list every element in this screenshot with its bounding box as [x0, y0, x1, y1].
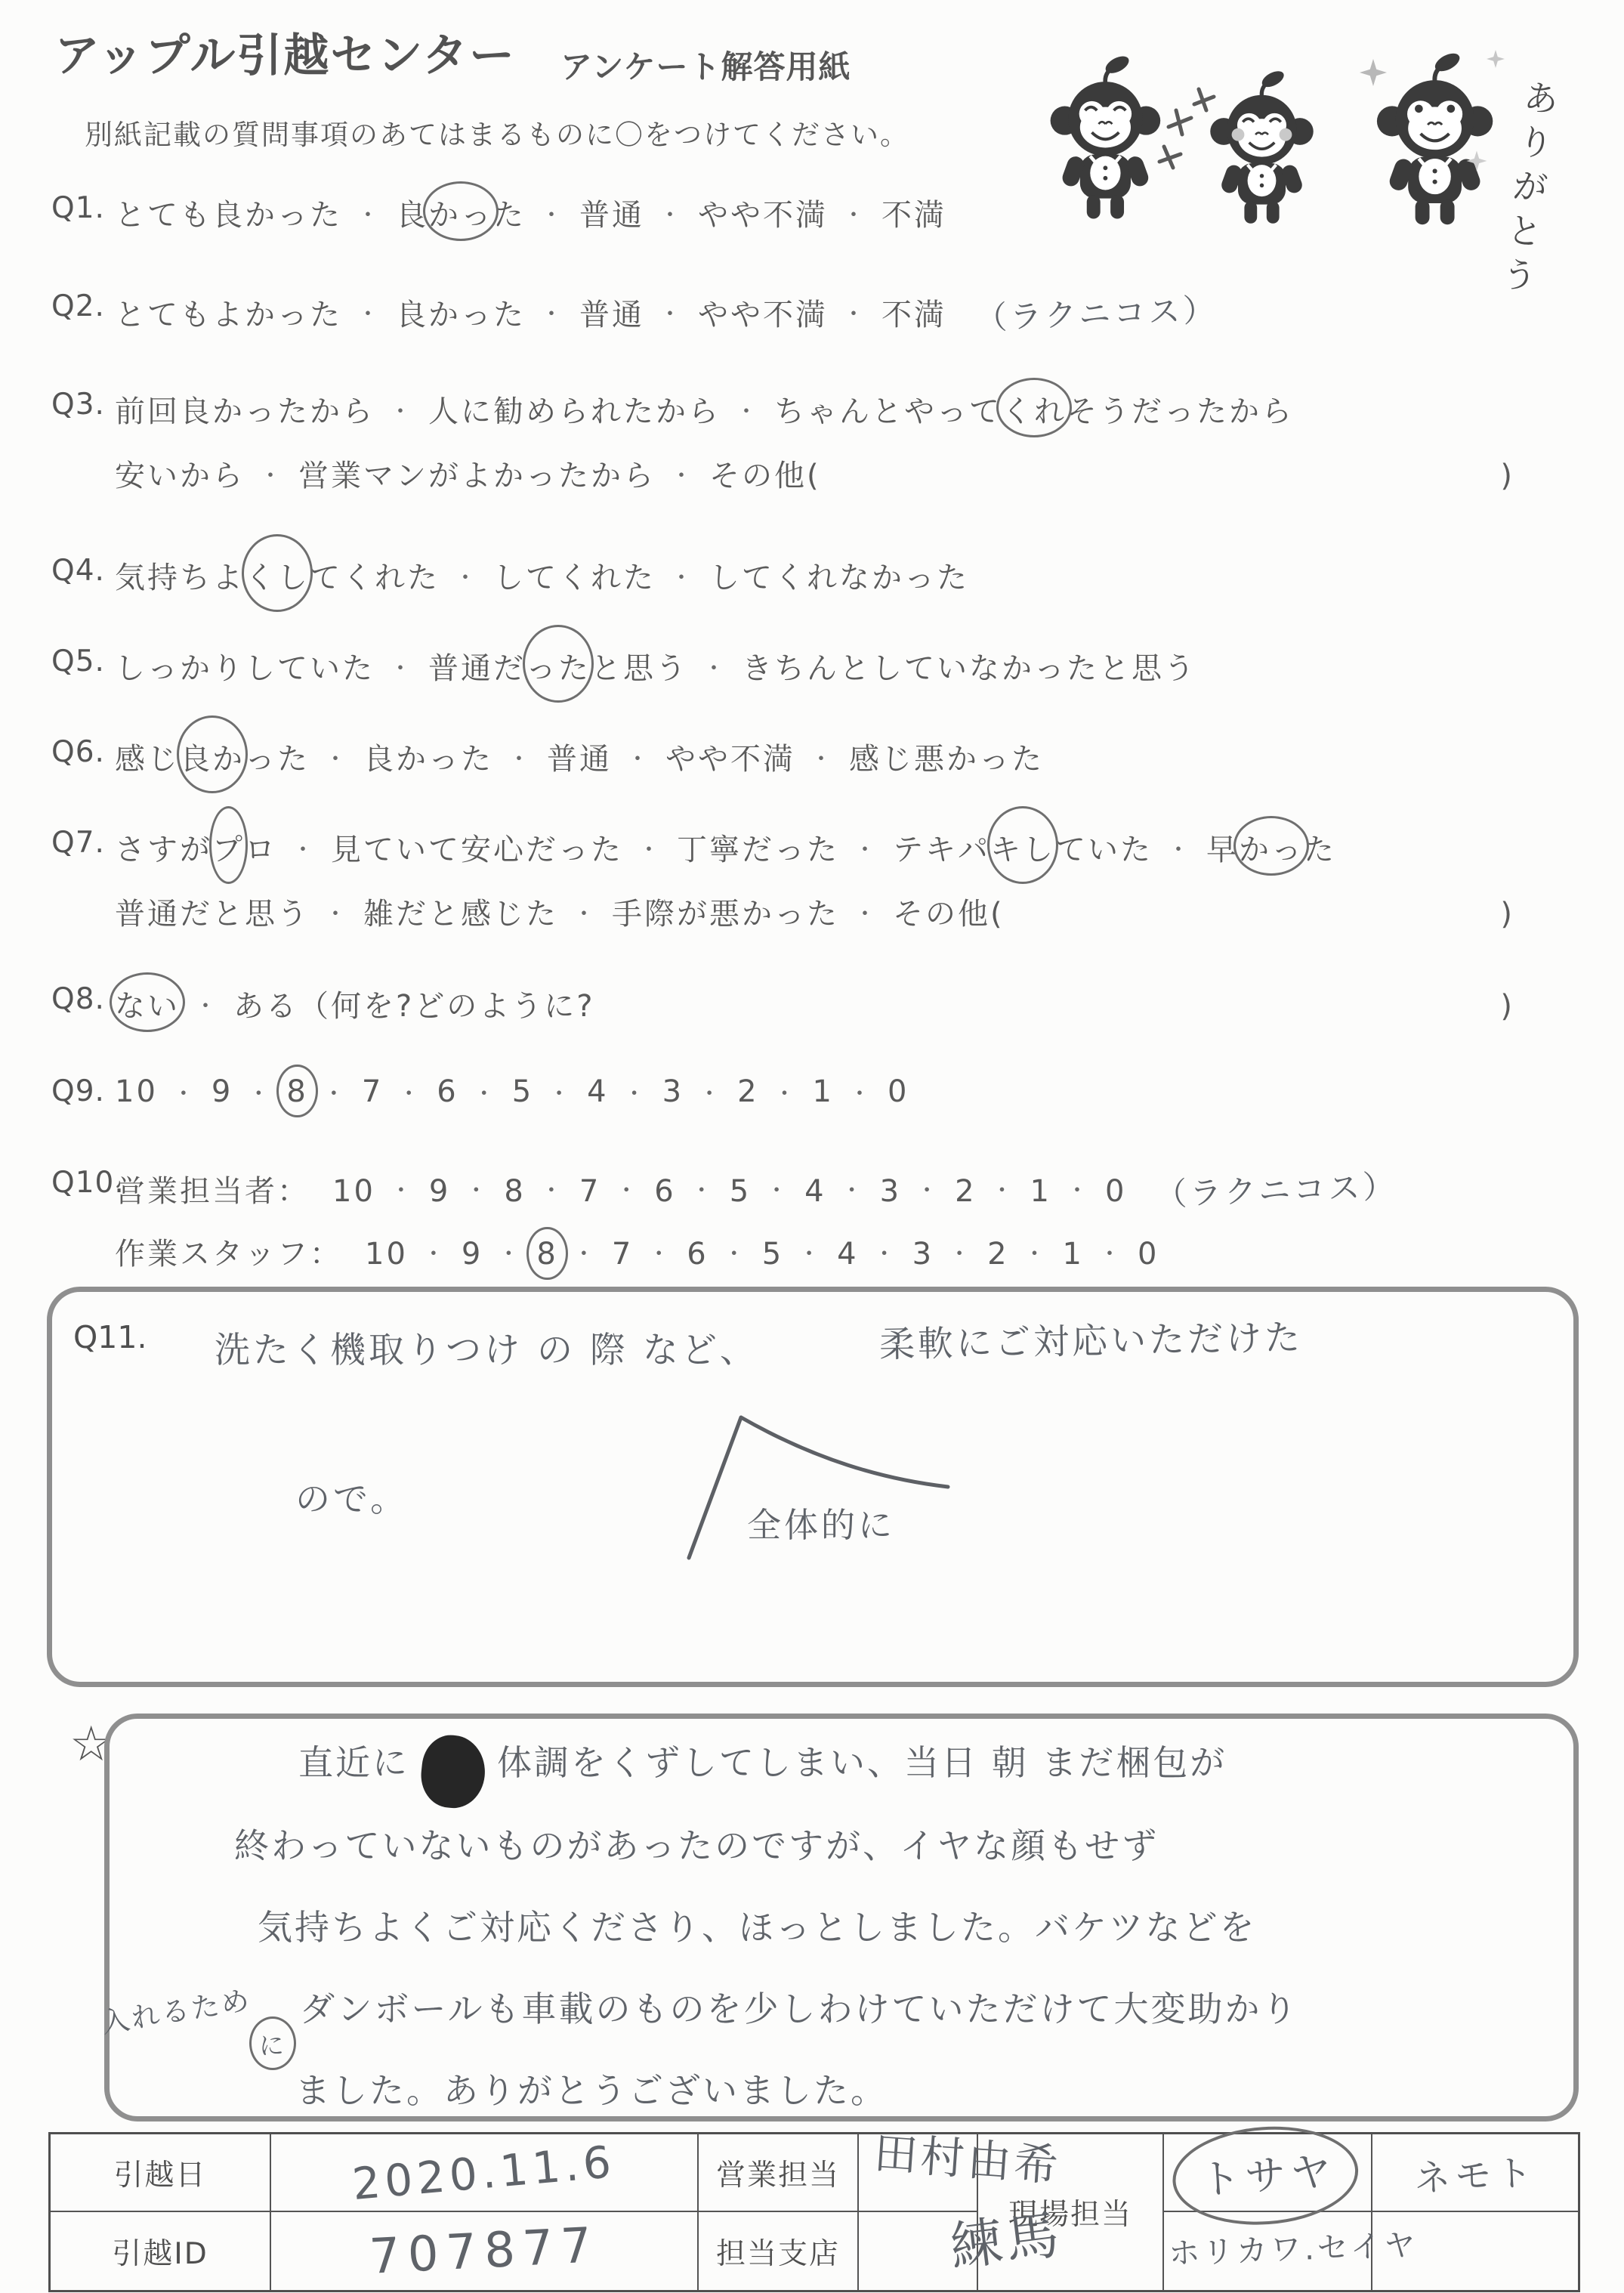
option-text: テキパ — [893, 826, 990, 869]
option-text: 0 — [888, 1074, 909, 1109]
field-staff-3-cell: ホリカワ.セイヤ — [1164, 2212, 1372, 2290]
handwritten-text: 直近に — [298, 1735, 409, 1785]
question-options: 感じ良かった・良かった・普通・やや不満・感じ悪かった — [115, 735, 1514, 778]
circled-answer: に — [259, 2026, 286, 2062]
separator-dot: ・ — [612, 740, 665, 774]
separator-dot: ・ — [751, 1172, 804, 1205]
separator-dot: ・ — [493, 740, 547, 774]
move-date-value-cell: 2020.11.6 — [271, 2134, 699, 2212]
separator-dot: ・ — [601, 1172, 654, 1205]
separator-dot: ・ — [609, 1075, 662, 1108]
circled-answer: 8 — [536, 1237, 557, 1272]
option-text: 前回良かったから — [115, 388, 375, 431]
separator-dot: ・ — [795, 740, 849, 774]
move-date-label-cell: 引越日 — [51, 2134, 271, 2212]
separator-dot: ・ — [828, 196, 881, 230]
sales-label: 営業担当 — [716, 2152, 840, 2194]
separator-dot: ・ — [1084, 1235, 1138, 1269]
option-text: 気持ちよ — [115, 554, 245, 597]
option-text: 4 — [804, 1174, 826, 1209]
option-text: てくれた — [310, 554, 440, 597]
option-text: 2 — [737, 1074, 758, 1109]
separator-dot: ・ — [633, 1235, 687, 1269]
question-number: Q10. — [51, 1166, 125, 1200]
question-options: ない・ある（何を?どのように?) — [115, 982, 1514, 1025]
separator-dot: ・ — [558, 895, 612, 929]
option-text: と思う — [591, 644, 688, 688]
option-text: 手際が悪かった — [612, 890, 839, 933]
option-text: ) — [1500, 459, 1514, 493]
circled-answer: キし — [990, 826, 1055, 869]
handwritten-line: ました。ありがとうございました。 — [295, 2063, 888, 2113]
separator-dot: ・ — [783, 1235, 837, 1269]
separator-dot: ・ — [450, 1172, 504, 1205]
separator-dot: ・ — [245, 457, 298, 490]
separator-dot: ・ — [375, 393, 428, 426]
option-text: 3 — [880, 1174, 901, 1209]
separator-dot: ・ — [180, 987, 233, 1021]
option-text: 7 — [579, 1174, 601, 1209]
move-id-label: 引越ID — [112, 2230, 208, 2273]
separator-dot: ・ — [644, 295, 698, 329]
question-options: とても良かった・良かった・普通・やや不満・不満 — [115, 191, 1514, 234]
sales-value-cell: 田村由希 — [859, 2134, 978, 2212]
option-text: 0 — [1138, 1237, 1159, 1272]
move-date-label: 引越日 — [113, 2152, 206, 2194]
option-text: ていた — [1055, 826, 1153, 869]
question-rating-scale: 作業スタッフ：10・9・8・7・6・5・4・3・2・1・0 — [115, 1230, 1514, 1273]
separator-dot: ・ — [526, 196, 579, 230]
option-text: その他( — [709, 452, 821, 495]
move-id-value: 707877 — [368, 2217, 601, 2285]
circled-answer: くれ — [1002, 388, 1067, 431]
separator-dot: ・ — [709, 1235, 762, 1269]
separator-dot: ・ — [277, 831, 331, 864]
separator-dot: ・ — [623, 831, 677, 864]
separator-dot: ・ — [383, 1075, 437, 1108]
option-text: 1 — [1063, 1237, 1084, 1272]
sparkle-icon — [1360, 59, 1387, 86]
separator-dot: ・ — [1051, 1172, 1105, 1205]
option-text: そうだったから — [1067, 388, 1294, 431]
option-text: 人に勧められたから — [428, 388, 721, 431]
option-text: とてもよかった — [115, 291, 342, 334]
separator-dot: ・ — [721, 393, 774, 426]
option-text: 5 — [512, 1074, 533, 1109]
circled-answer: かっ — [428, 191, 493, 234]
circled-answer: ない — [115, 982, 180, 1025]
separator-dot: ・ — [656, 559, 709, 592]
separator-dot: ・ — [440, 559, 493, 592]
separator-dot: ・ — [977, 1172, 1030, 1205]
option-text: 3 — [912, 1237, 934, 1272]
option-text: 10 — [365, 1237, 408, 1272]
separator-dot: ・ — [375, 650, 428, 683]
separator-dot: ・ — [526, 1172, 579, 1205]
question-options: 気持ちよくしてくれた・してくれた・してくれなかった — [115, 554, 1514, 597]
circled-answer: 良か — [180, 735, 245, 778]
option-text: 不満 — [881, 291, 946, 334]
handwritten-line: 直近に体調をくずしてしまい、当日 朝 まだ梱包が — [298, 1735, 1227, 1808]
circled-answer: プ — [212, 826, 245, 869]
field-staff-3: ホリカワ.セイヤ — [1168, 2220, 1419, 2273]
separator-dot: ・ — [828, 295, 881, 329]
insertion-caret-mark — [52, 1292, 1573, 1682]
circled-answer: 8 — [286, 1074, 307, 1109]
field-staff-1-circled: トサヤ — [1198, 2139, 1338, 2206]
option-text: しっかりしていた — [115, 644, 375, 688]
option-text: 1 — [813, 1074, 834, 1109]
option-text: 9 — [211, 1074, 233, 1109]
separator-dot: ・ — [375, 1172, 429, 1205]
separator-dot: ・ — [644, 196, 698, 230]
option-text: 見ていて安心だった — [331, 826, 623, 869]
separator-dot: ・ — [901, 1172, 955, 1205]
handwritten-text: ダンボールも車載のものを少しわけていただけて大変助かり — [300, 1982, 1299, 2032]
option-text: 9 — [429, 1174, 450, 1209]
field-staff-2: ネモト — [1413, 2143, 1537, 2202]
option-text: 感じ — [115, 735, 180, 778]
question-number: Q9. — [51, 1074, 105, 1108]
option-text: ある（何を?どのように? — [233, 982, 594, 1025]
footer-info-table: 引越日 2020.11.6 営業担当 田村由希 現場担当 トサヤ ネモト 引越I… — [48, 2132, 1580, 2292]
option-text: 安いから — [115, 452, 245, 495]
option-text: 6 — [654, 1174, 675, 1209]
option-text: ロ — [245, 826, 277, 869]
option-text: ) — [1500, 989, 1514, 1024]
option-text: 10 — [115, 1074, 158, 1109]
option-text: 雑だと感じた — [363, 890, 558, 933]
circled-answer: った — [526, 644, 591, 688]
option-text: 普通 — [547, 735, 612, 778]
page-subtitle: アンケート解答用紙 — [560, 42, 851, 88]
separator-dot: ・ — [839, 831, 893, 864]
q11-answer-box: Q11. 洗たく機取りつけ の 際 など、 柔軟にご対応いただけた 全体的に の… — [47, 1287, 1579, 1687]
option-text: った — [245, 735, 310, 778]
option-text: やや不満 — [665, 735, 795, 778]
option-text: ちゃんとやって — [774, 388, 1002, 431]
question-number: Q5. — [51, 644, 105, 678]
question-options: しっかりしていた・普通だったと思う・きちんとしていなかったと思う — [115, 644, 1514, 688]
option-text: 普通だ — [428, 644, 526, 688]
instruction-text: 別紙記載の質問事項のあてはまるものに〇をつけてください。 — [85, 112, 909, 153]
sparkle-icon — [1487, 50, 1505, 68]
page-title: アップル引越センター — [54, 20, 516, 85]
separator-dot: ・ — [688, 650, 742, 683]
question-options: とてもよかった・良かった・普通・やや不満・不満（ラクニコス） — [115, 289, 1514, 335]
question-number: Q8. — [51, 982, 105, 1016]
separator-dot: ・ — [1153, 831, 1206, 864]
move-id-value-cell: 707877 — [271, 2212, 699, 2290]
handwritten-text: 入れるため — [98, 1977, 254, 2041]
option-text: 4 — [587, 1074, 608, 1109]
branch-label-cell: 担当支店 — [699, 2212, 859, 2290]
separator-dot: ・ — [310, 895, 363, 929]
separator-dot: ・ — [342, 295, 396, 329]
option-text: 2 — [987, 1237, 1008, 1272]
option-text: 作業スタッフ： — [115, 1230, 342, 1273]
option-text: 丁寧だった — [677, 826, 839, 869]
handwritten-text: （ラクニコス） — [1154, 1161, 1398, 1215]
separator-dot: ・ — [533, 1075, 587, 1108]
option-text: 7 — [362, 1074, 383, 1109]
survey-sheet: アップル引越センター アンケート解答用紙 別紙記載の質問事項のあてはまるものに〇… — [0, 0, 1624, 2293]
separator-dot: ・ — [834, 1075, 888, 1108]
option-text: 10 — [332, 1174, 375, 1209]
question-options: 普通だと思う・雑だと感じた・手際が悪かった・その他() — [115, 890, 1514, 933]
separator-dot: ・ — [310, 740, 363, 774]
handwritten-line: 終わっていないものがあったのですが、イヤな顔もせず — [234, 1819, 1159, 1868]
field-staff-2-cell: ネモト — [1372, 2134, 1578, 2212]
star-comment-box: 直近に体調をくずしてしまい、当日 朝 まだ梱包が 終わっていないものがあったので… — [104, 1714, 1579, 2121]
separator-dot: ・ — [826, 1172, 880, 1205]
option-text: 7 — [612, 1237, 633, 1272]
question-number: Q2. — [51, 289, 105, 323]
scribble-marks-icon — [1159, 89, 1214, 168]
question-options: さすがプロ・見ていて安心だった・丁寧だった・テキパキしていた・早かった — [115, 826, 1514, 869]
option-text: してくれた — [493, 554, 656, 597]
question-number: Q1. — [51, 191, 105, 225]
circled-answer: かっ — [1239, 826, 1304, 869]
separator-dot: ・ — [526, 295, 579, 329]
option-text: 5 — [762, 1237, 783, 1272]
option-text: 営業マンがよかったから — [298, 452, 656, 495]
handwritten-text: 体調をくずしてしまい、当日 朝 まだ梱包が — [497, 1735, 1227, 1785]
handwritten-text: 気持ちよくご対応くださり、ほっとしました。バケツなどを — [258, 1900, 1257, 1950]
question-rating-scale: 10・9・8・7・6・5・4・3・2・1・0 — [115, 1074, 1514, 1109]
option-text: ) — [1500, 897, 1514, 932]
separator-dot: ・ — [1009, 1235, 1063, 1269]
separator-dot: ・ — [759, 1075, 813, 1108]
question-number: Q7. — [51, 826, 105, 860]
handwritten-text: 終わっていないものがあったのですが、イヤな顔もせず — [234, 1819, 1159, 1868]
separator-dot: ・ — [408, 1235, 462, 1269]
option-text: やや不満 — [698, 191, 828, 234]
separator-dot: ・ — [839, 895, 893, 929]
option-text: やや不満 — [698, 291, 828, 334]
separator-dot: ・ — [458, 1075, 512, 1108]
option-text: 6 — [437, 1074, 458, 1109]
redaction-scribble — [418, 1732, 489, 1811]
separator-dot: ・ — [676, 1172, 730, 1205]
branch-value: 練馬 — [945, 2192, 1065, 2281]
separator-dot: ・ — [342, 196, 396, 230]
option-text: 普通だと思う — [115, 890, 310, 933]
handwritten-text: （ラクニコス） — [974, 285, 1218, 338]
option-text: 感じ悪かった — [849, 735, 1044, 778]
separator-dot: ・ — [158, 1075, 211, 1108]
option-text: 2 — [955, 1174, 976, 1209]
question-number: Q4. — [51, 554, 105, 588]
move-id-label-cell: 引越ID — [51, 2212, 271, 2290]
option-text: 営業担当者： — [115, 1167, 310, 1210]
option-text: 8 — [504, 1174, 525, 1209]
option-text: さすが — [115, 826, 212, 869]
option-text: 1 — [1030, 1174, 1051, 1209]
sales-label-cell: 営業担当 — [699, 2134, 859, 2212]
handwritten-text: ました。ありがとうございました。 — [295, 2063, 888, 2113]
option-text: とても良かった — [115, 191, 342, 234]
question-rating-scale: 営業担当者：10・9・8・7・6・5・4・3・2・1・0（ラクニコス） — [115, 1166, 1514, 1211]
option-text: 普通 — [579, 291, 644, 334]
option-text: してくれなかった — [709, 554, 969, 597]
move-date-value: 2020.11.6 — [350, 2135, 618, 2209]
handwritten-line: 入れるためにダンボールも車載のものを少しわけていただけて大変助かり — [100, 1982, 1299, 2032]
option-text: 6 — [687, 1237, 708, 1272]
option-text: きちんとしていなかったと思う — [742, 644, 1196, 688]
circled-answer: くし — [245, 554, 310, 597]
option-text: 良かった — [396, 291, 526, 334]
option-text: その他( — [893, 890, 1005, 933]
branch-value-cell: 練馬 — [859, 2212, 978, 2290]
question-options: 前回良かったから・人に勧められたから・ちゃんとやってくれそうだったから — [115, 388, 1514, 431]
question-options: 安いから・営業マンがよかったから・その他() — [115, 452, 1514, 495]
separator-dot: ・ — [684, 1075, 737, 1108]
option-text: 3 — [662, 1074, 684, 1109]
option-text: 4 — [837, 1237, 858, 1272]
sales-value: 田村由希 — [872, 2117, 1063, 2193]
branch-label: 担当支店 — [716, 2230, 840, 2273]
option-text: 5 — [730, 1174, 751, 1209]
option-text: 不満 — [881, 191, 946, 234]
question-number: Q3. — [51, 388, 105, 422]
question-number: Q6. — [51, 735, 105, 769]
option-text: 0 — [1105, 1174, 1126, 1209]
option-text: 良かった — [363, 735, 493, 778]
separator-dot: ・ — [656, 457, 709, 490]
handwritten-line: 気持ちよくご対応くださり、ほっとしました。バケツなどを — [258, 1900, 1257, 1950]
option-text: 9 — [462, 1237, 483, 1272]
separator-dot: ・ — [934, 1235, 987, 1269]
field-staff-1-cell: トサヤ — [1164, 2134, 1372, 2212]
separator-dot: ・ — [859, 1235, 912, 1269]
option-text: 普通 — [579, 191, 644, 234]
